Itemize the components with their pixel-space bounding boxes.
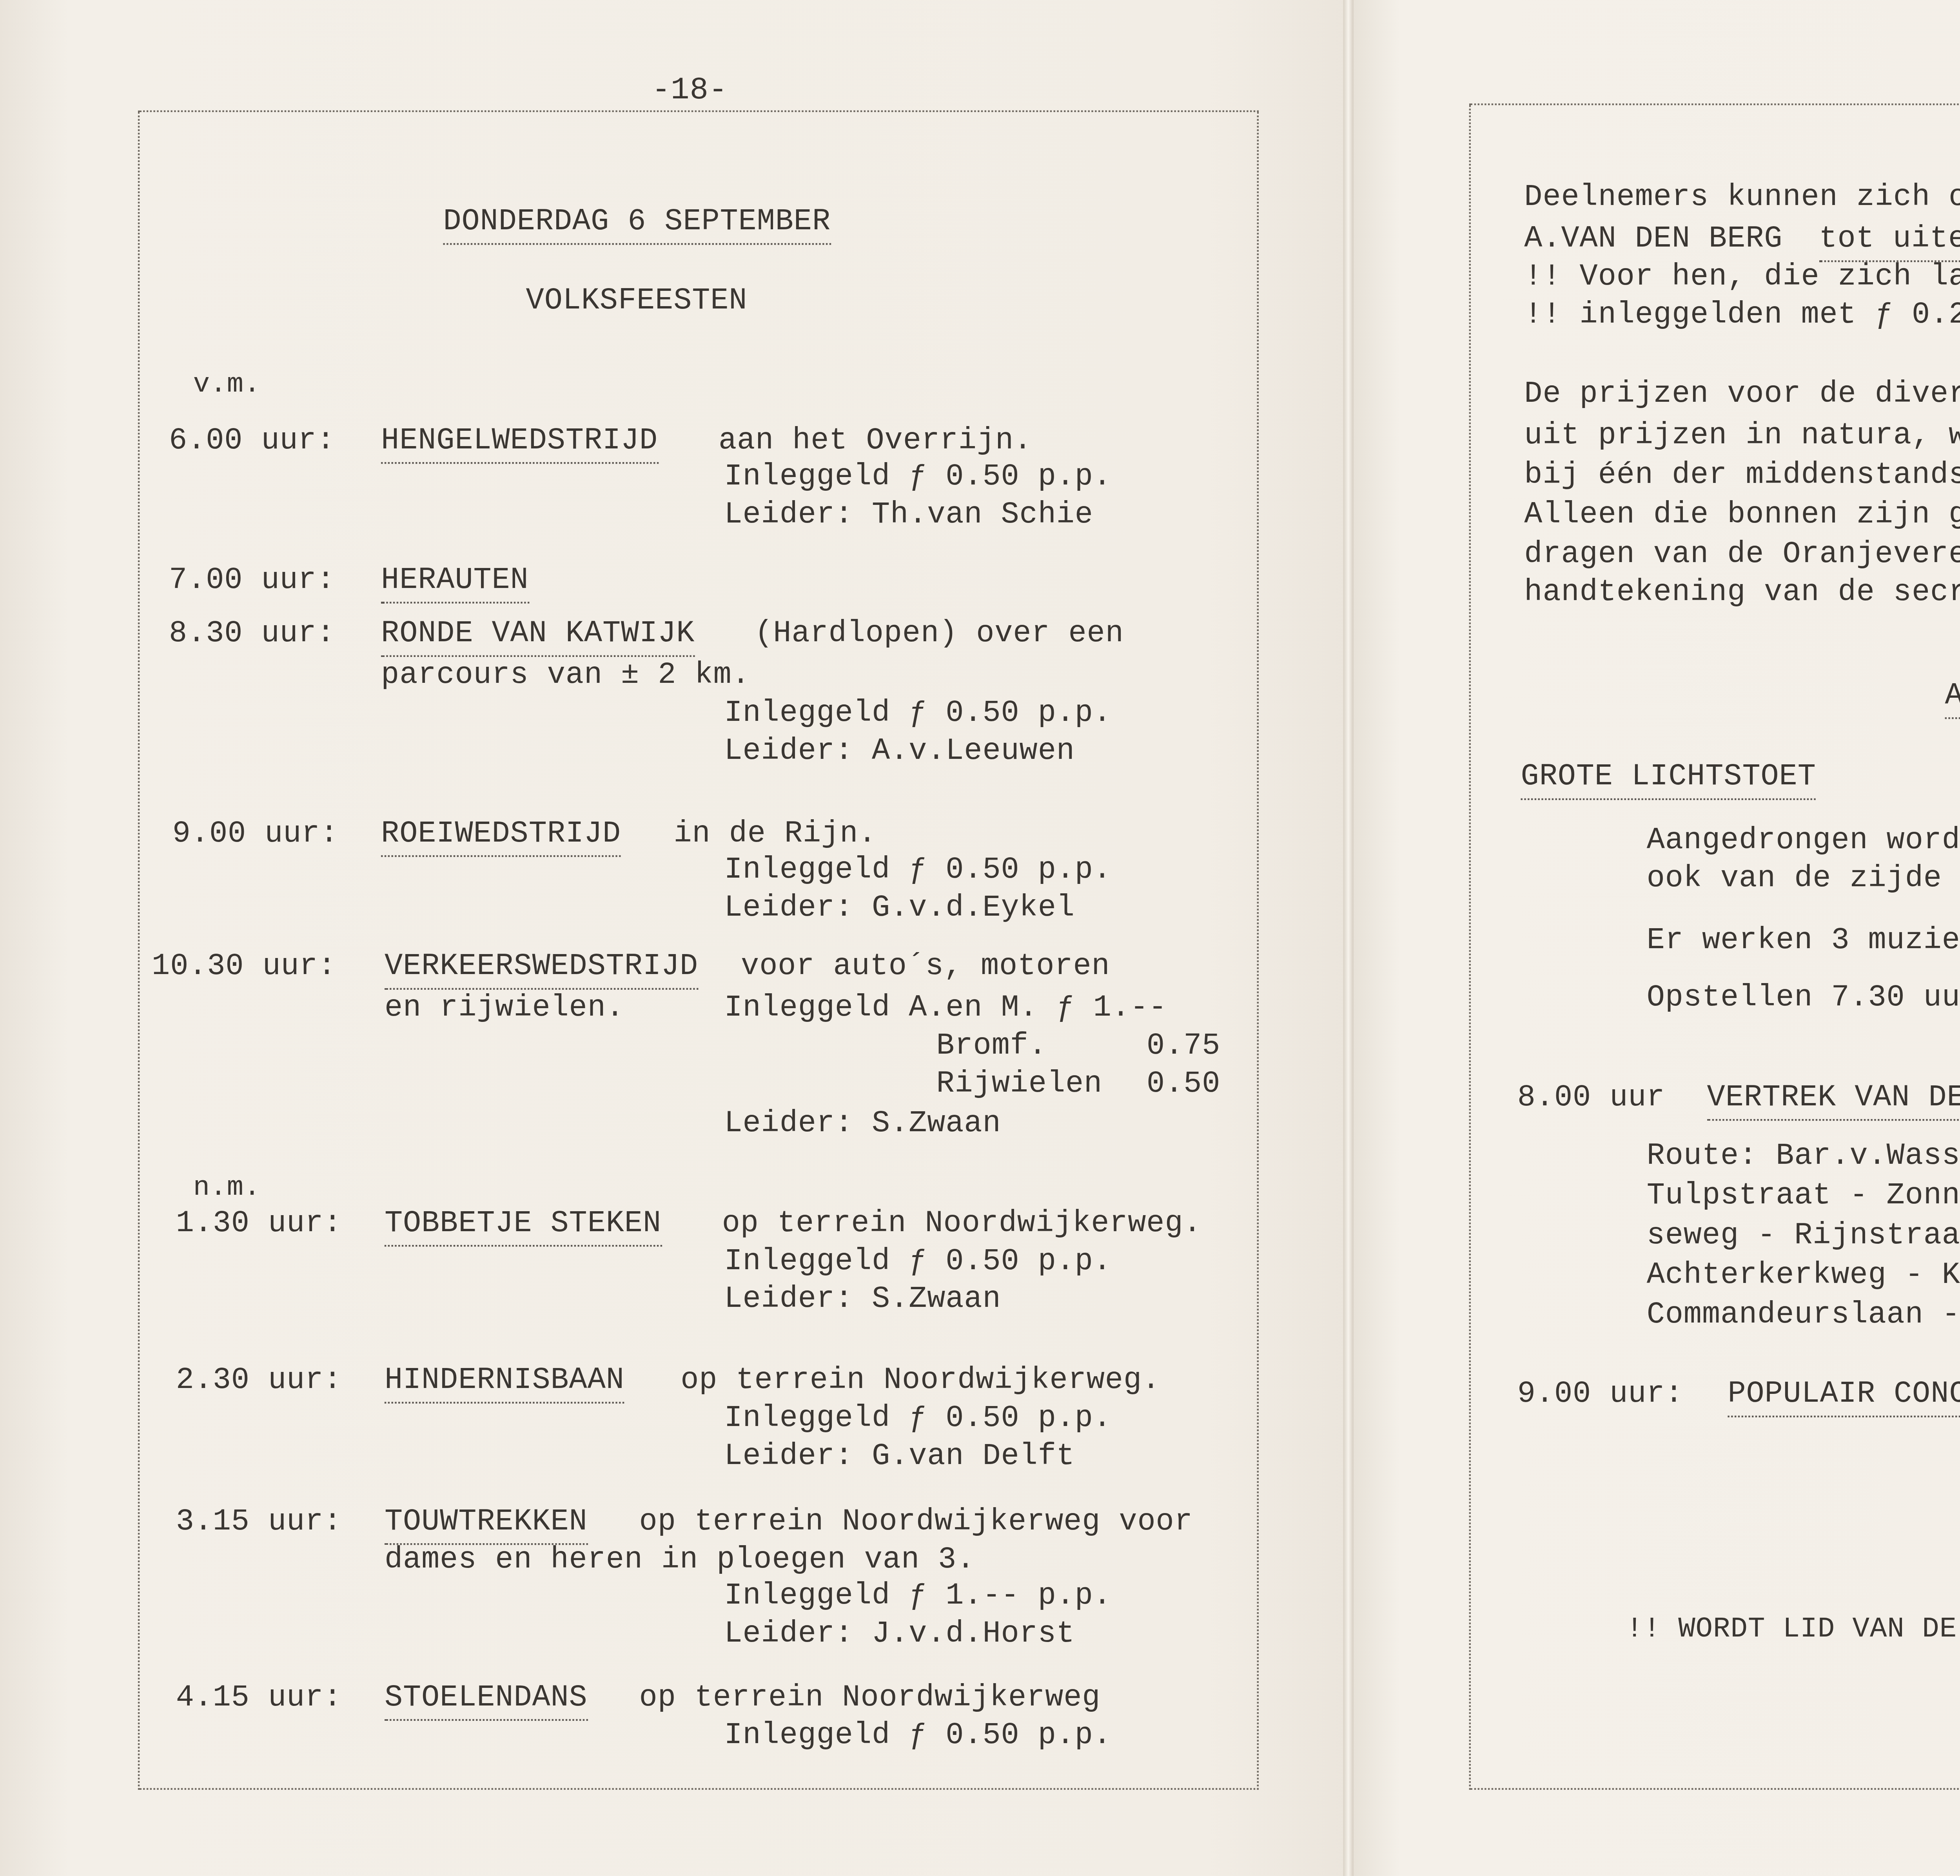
event-location: op terrein Noordwijkerweg [621,1680,1100,1718]
event-title: HERAUTEN [381,562,529,604]
event-time: 10.30 uur: [152,948,336,986]
prizes-line: dragen van de Oranjevereniging en bovend… [1524,536,1960,574]
event-title: HENGELWEDSTRIJD [381,423,658,464]
registration-deadline: tot uiterlijk DINSDAG 3 SEPTEMBER. [1819,221,1960,262]
event-location: aan het Overrijn. [700,423,1032,461]
route-line: Commandeurslaan - Bar.v.Wassenaerlaan. [1647,1297,1960,1335]
route-line: seweg - Rijnstraat - Noordwijkerweg - [1647,1217,1960,1256]
event-description-cont: dames en heren in ploegen van 3. [385,1542,975,1580]
event-fee: Inleggeld ƒ 0.50 p.p. [724,852,1112,890]
event-time: 3.15 uur: [176,1504,342,1542]
departure-title: VERTREK VAN DE STOET [1707,1080,1960,1121]
event-description: (Hardlopen) over een [736,615,1124,653]
parade-note: ook van de zijde van verenigingen. [1647,860,1960,898]
event-leader: Leider: G.v.d.Eykel [724,890,1074,928]
event-time: 7.00 uur: [169,562,335,600]
event-title: ROEIWEDSTRIJD [381,816,621,857]
event-time: 8.30 uur: [169,615,335,653]
evening-heading: AVONDFEEST [1945,678,1960,719]
booklet-spine [1343,0,1354,1876]
route-line: Route: Bar.v.Wassenaerlaan - Wassenaarse… [1647,1138,1960,1176]
event-fee: Inleggeld ƒ 0.50 p.p. [724,1243,1112,1281]
event-fee: Inleggeld ƒ 0.50 p.p. [724,459,1112,497]
event-leader: Leider: A.v.Leeuwen [724,733,1074,771]
fee-label-bromfiets: Bromf. [936,1028,1047,1066]
fee-value-rijwielen: 0.50 [1147,1066,1220,1104]
event-description: op terrein Noordwijkerweg voor [621,1504,1192,1542]
route-line: Achterkerkweg - Kerkstraat - Achterweg - [1647,1257,1960,1295]
event-leader: Leider: S.Zwaan [724,1281,1001,1319]
event-time: 4.15 uur: [176,1680,342,1718]
event-fee: Inleggeld ƒ 0.50 p.p. [724,695,1112,733]
morning-label: v.m. [193,366,261,404]
parade-heading: GROTE LICHTSTOET [1521,759,1816,800]
event-time: 2.30 uur: [176,1362,342,1400]
fee-value-bromfiets: 0.75 [1147,1028,1220,1066]
event-title: STOELENDANS [385,1680,588,1721]
prizes-line: uit prijzen in natura, waardebonnen, te … [1524,417,1960,455]
route-line: Tulpstraat - Zonnebloemstraat - Valkenbu… [1647,1177,1960,1216]
parade-note: Opstellen 7.30 uur op de Baron van Wasse… [1647,980,1960,1018]
departure-time: 8.00 uur [1517,1080,1665,1118]
event-description: voor auto´s, motoren [722,948,1110,986]
event-fee-main: Inleggeld A.en M. ƒ 1.-- [724,990,1167,1028]
event-title: RONDE VAN KATWIJK [381,615,695,657]
membership-slogan: !! WORDT LID VAN DE ORANJEVERENIGING !! [1626,1611,1960,1649]
event-description-cont: en rijwielen. [385,990,624,1028]
event-leader: Leider: G.van Delft [724,1438,1074,1476]
event-title: TOBBETJE STEKEN [385,1205,661,1247]
event-leader: Leider: J.v.d.Horst [724,1616,1074,1654]
event-time: 6.00 uur: [169,423,335,461]
registration-line-1: Deelnemers kunnen zich opgeven bij Boekh… [1524,179,1960,217]
concert-title: POPULAIR CONCERT [1728,1376,1960,1417]
event-time: 1.30 uur: [176,1205,342,1243]
section-heading: VOLKSFEESTEN [526,283,748,321]
afternoon-label: n.m. [193,1169,261,1207]
event-fee: Inleggeld ƒ 0.50 p.p. [724,1400,1112,1438]
event-title: HINDERNISBAAN [385,1362,624,1404]
parade-note: Aangedrongen wordt op zeer grote deelnam… [1647,822,1960,860]
prizes-line: De prijzen voor de diverse evenementen b… [1524,376,1960,414]
event-fee: Inleggeld ƒ 1.-- p.p. [724,1578,1112,1616]
event-title: TOUWTREKKEN [385,1504,588,1545]
event-leader: Leider: S.Zwaan [724,1105,1001,1143]
event-description-cont: parcours van ± 2 km. [381,657,750,695]
event-title: VERKEERSWEDSTRIJD [385,948,698,990]
registration-line-2a: A.VAN DEN BERG [1524,221,1801,259]
fee-label-rijwielen: Rijwielen [936,1066,1102,1104]
parade-note: Er werken 3 muziekkorpsen aan mee. [1647,922,1960,960]
date-heading: DONDERDAG 6 SEPTEMBER [443,203,831,245]
event-leader: Leider: Th.van Schie [724,497,1093,535]
concert-time: 9.00 uur: [1517,1376,1684,1414]
booklet-spread: -18- DONDERDAG 6 SEPTEMBER VOLKSFEESTEN … [0,0,1960,1876]
event-location: op terrein Noordwijkerweg. [662,1362,1160,1400]
event-location: op terrein Noordwijkerweg. [704,1205,1202,1243]
prizes-line: handtekening van de secretaris. [1524,574,1960,612]
event-fee: Inleggeld ƒ 0.50 p.p. [724,1717,1112,1755]
event-location: in de Rijn. [655,816,877,854]
registration-line-4: !! inleggelden met ƒ 0.25 verhoogd!! [1524,297,1960,335]
event-time: 9.00 uur: [172,816,339,854]
registration-line-3: !! Voor hen, die zich later opgeven, wor… [1524,259,1960,297]
page-number-left: -18- [652,73,728,111]
prizes-line: bij één der middenstandszaken te Katwijk… [1524,457,1960,495]
prizes-line: Alleen die bonnen zijn geldig, die het s… [1524,497,1960,535]
